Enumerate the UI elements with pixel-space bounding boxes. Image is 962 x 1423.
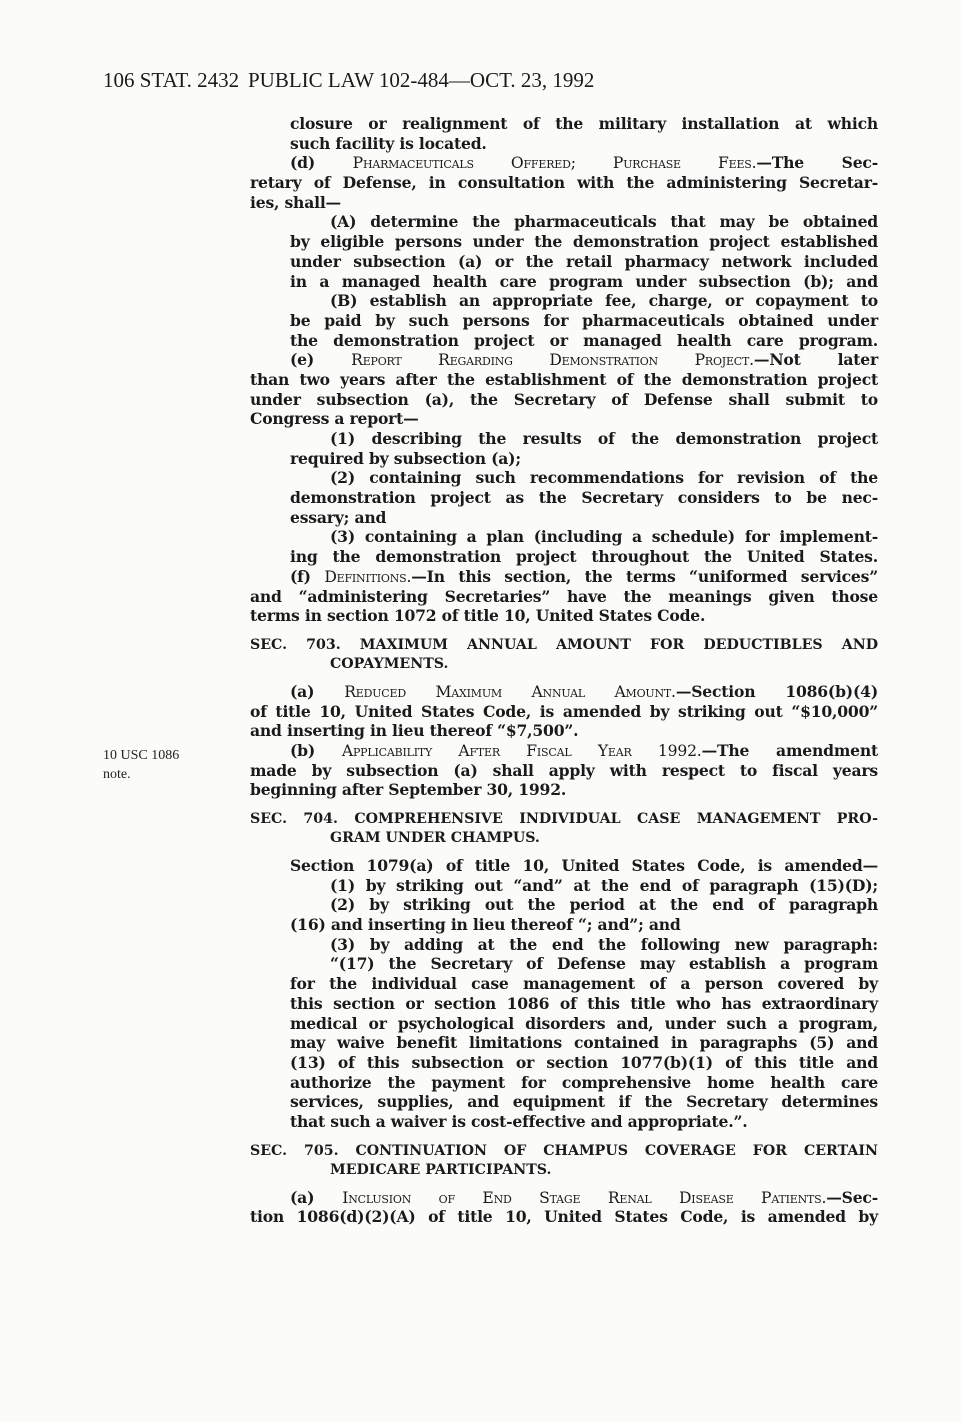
subsection-heading: Applicability After Fiscal Year 1992.: [342, 742, 702, 760]
subsection-heading: Reduced Maximum Annual Amount.: [344, 683, 676, 701]
subsection-label: (d): [290, 153, 353, 172]
text-line: authorize the payment for comprehensive …: [250, 1073, 878, 1093]
subsection-703b-heading-line: (b) Applicability After Fiscal Year 1992…: [250, 741, 878, 761]
text-line: made by subsection (a) shall apply with …: [250, 761, 878, 781]
subsection-label: (a): [290, 682, 344, 701]
subsection-d-heading-line: (d) Pharmaceuticals Offered; Purchase Fe…: [250, 153, 878, 173]
text-line: may waive benefit limitations contained …: [250, 1033, 878, 1053]
text-line: Section 1079(a) of title 10, United Stat…: [250, 856, 878, 876]
paragraph-2: (2) by striking out the period at the en…: [250, 895, 878, 915]
subsection-label: (f): [290, 567, 324, 586]
page-header: 106 STAT. 2432 PUBLIC LAW 102-484—OCT. 2…: [103, 68, 803, 96]
subsection-label: (a): [290, 1188, 342, 1207]
subsection-heading: Definitions.: [324, 568, 411, 586]
text-span: —Section 1086(b)(4): [676, 682, 878, 701]
text-line: retary of Defense, in consultation with …: [250, 173, 878, 193]
text-line: required by subsection (a);: [250, 449, 878, 469]
section-703-title: SEC. 703. MAXIMUM ANNUAL AMOUNT FOR DEDU…: [250, 636, 878, 655]
subsection-heading: Inclusion of End Stage Renal Disease Pat…: [342, 1189, 826, 1207]
spacer: [250, 674, 878, 682]
spacer: [250, 800, 878, 810]
public-law-title: PUBLIC LAW 102-484—OCT. 23, 1992: [248, 68, 594, 93]
subsection-703a-heading-line: (a) Reduced Maximum Annual Amount.—Secti…: [250, 682, 878, 702]
text-line: under subsection (a) or the retail pharm…: [250, 252, 878, 272]
text-line: be paid by such persons for pharmaceutic…: [250, 311, 878, 331]
subsection-heading: Pharmaceuticals Offered; Purchase Fees.: [353, 154, 757, 172]
text-span: —The Sec-: [756, 153, 878, 172]
section-704-title-cont: GRAM UNDER CHAMPUS.: [250, 829, 878, 848]
text-line: and “administering Secretaries” have the…: [250, 587, 878, 607]
margin-note-citation: 10 USC 1086: [103, 746, 179, 765]
text-line: (16) and inserting in lieu thereof “; an…: [250, 915, 878, 935]
text-span: —In this section, the terms “uniformed s…: [411, 567, 878, 586]
spacer: [250, 1132, 878, 1142]
text-line: and inserting in lieu thereof “$7,500”.: [250, 721, 878, 741]
text-line: for the individual case management of a …: [250, 974, 878, 994]
text-line: ing the demonstration project throughout…: [250, 547, 878, 567]
text-line: terms in section 1072 of title 10, Unite…: [250, 606, 878, 626]
paragraph-2: (2) containing such recommendations for …: [250, 468, 878, 488]
paragraph-17: “(17) the Secretary of Defense may estab…: [250, 954, 878, 974]
margin-note-suffix: note.: [103, 765, 179, 784]
text-line: that such a waiver is cost-effective and…: [250, 1112, 878, 1132]
paragraph-1: (1) describing the results of the demons…: [250, 429, 878, 449]
text-line: this section or section 1086 of this tit…: [250, 994, 878, 1014]
text-line: ies, shall—: [250, 193, 878, 213]
paragraph-A: (A) determine the pharmaceuticals that m…: [250, 212, 878, 232]
document-body: closure or realignment of the military i…: [250, 114, 878, 1227]
subsection-705a-heading-line: (a) Inclusion of End Stage Renal Disease…: [250, 1188, 878, 1208]
margin-note: 10 USC 1086 note.: [103, 746, 179, 784]
text-line: such facility is located.: [250, 134, 878, 154]
text-line: closure or realignment of the military i…: [250, 114, 878, 134]
spacer: [250, 1180, 878, 1188]
section-704-title: SEC. 704. COMPREHENSIVE INDIVIDUAL CASE …: [250, 810, 878, 829]
subsection-f-heading-line: (f) Definitions.—In this section, the te…: [250, 567, 878, 587]
text-span: —Not later: [754, 350, 878, 369]
paragraph-1: (1) by striking out “and” at the end of …: [250, 876, 878, 896]
text-span: —The amendment: [702, 741, 878, 760]
section-705-title-cont: MEDICARE PARTICIPANTS.: [250, 1161, 878, 1180]
text-line: Congress a report—: [250, 409, 878, 429]
paragraph-B: (B) establish an appropriate fee, charge…: [250, 291, 878, 311]
section-705-title: SEC. 705. CONTINUATION OF CHAMPUS COVERA…: [250, 1142, 878, 1161]
text-line: beginning after September 30, 1992.: [250, 780, 878, 800]
text-line: services, supplies, and equipment if the…: [250, 1092, 878, 1112]
spacer: [250, 848, 878, 856]
section-703-title-cont: COPAYMENTS.: [250, 655, 878, 674]
text-span: —Sec-: [826, 1188, 878, 1207]
stat-page-reference: 106 STAT. 2432: [103, 68, 239, 93]
text-line: by eligible persons under the demonstrat…: [250, 232, 878, 252]
spacer: [250, 626, 878, 636]
subsection-label: (e): [290, 350, 351, 369]
subsection-heading: Report Regarding Demonstration Project.: [351, 351, 754, 369]
text-line: tion 1086(d)(2)(A) of title 10, United S…: [250, 1207, 878, 1227]
text-line: demonstration project as the Secretary c…: [250, 488, 878, 508]
text-line: of title 10, United States Code, is amen…: [250, 702, 878, 722]
text-line: under subsection (a), the Secretary of D…: [250, 390, 878, 410]
subsection-label: (b): [290, 741, 342, 760]
subsection-e-heading-line: (e) Report Regarding Demonstration Proje…: [250, 350, 878, 370]
text-line: essary; and: [250, 508, 878, 528]
text-line: (13) of this subsection or section 1077(…: [250, 1053, 878, 1073]
text-line: medical or psychological disorders and, …: [250, 1014, 878, 1034]
paragraph-3: (3) containing a plan (including a sched…: [250, 527, 878, 547]
text-line: the demonstration project or managed hea…: [250, 331, 878, 351]
text-line: than two years after the establishment o…: [250, 370, 878, 390]
paragraph-3: (3) by adding at the end the following n…: [250, 935, 878, 955]
text-line: in a managed health care program under s…: [250, 272, 878, 292]
